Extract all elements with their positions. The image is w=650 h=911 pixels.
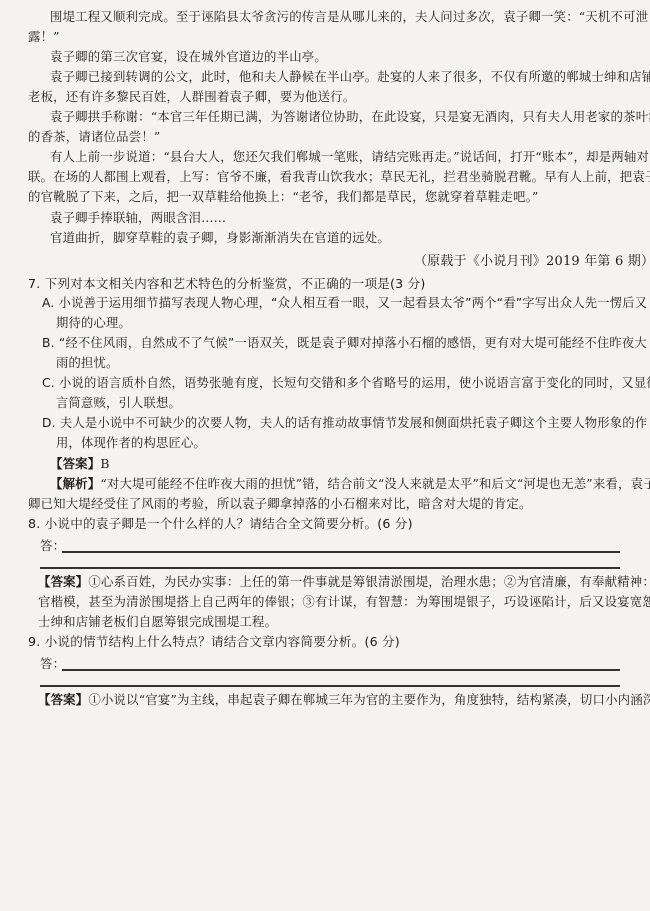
story-paragraph: 袁子卿拱手称谢：“本官三年任期已满，为答谢诸位协助，在此设宴，只是宴无酒肉，只有…	[50, 108, 650, 125]
answer-label: 【答案】	[38, 692, 88, 707]
q9-answer-line[interactable]	[62, 669, 620, 671]
divider	[40, 685, 620, 687]
divider	[40, 567, 620, 569]
q7-analysis-cont: 卿已知大堤经受住了风雨的考验，所以袁子卿拿掉落的小石榴来对比，暗含对大堤的肯定。	[28, 495, 532, 512]
analysis-text: “对大堤可能经不住昨夜大雨的担忧”错，结合前文“没人来就是太平”和后文“河堤也无…	[100, 476, 650, 491]
q7-option-c-cont: 言简意赅，引人联想。	[56, 395, 181, 412]
answer-text: ①心系百姓，为民办实事：上任的第一件事就是筹银清淤围堤，治理水患；②为官清廉，有…	[88, 574, 650, 589]
q8-answer-cont: 官楷模，甚至为清淤围堤搭上自己两年的俸银；③有计谋，有智慧：为筹围堤银子，巧设诬…	[38, 593, 650, 610]
q9-answer: 【答案】①小说以“官宴”为主线，串起袁子卿在郸城三年为官的主要作为，角度独特，结…	[38, 691, 650, 708]
question-8-stem: 8. 小说中的袁子卿是一个什么样的人？请结合全文简要分析。(6 分)	[28, 515, 413, 532]
story-paragraph: 官道曲折，脚穿草鞋的袁子卿，身影渐渐消失在官道的远处。	[50, 229, 390, 246]
story-paragraph: 袁子卿的第三次官宴，设在城外官道边的半山亭。	[50, 48, 327, 65]
story-paragraph: 围堤工程又顺利完成。至于诬陷县太爷贪污的传言是从哪儿来的，夫人问过多次，袁子卿一…	[50, 8, 648, 25]
exam-page: 围堤工程又顺利完成。至于诬陷县太爷贪污的传言是从哪儿来的，夫人问过多次，袁子卿一…	[0, 0, 650, 911]
story-source: （原载于《小说月刊》2019 年第 6 期）	[414, 253, 650, 270]
story-paragraph: 袁子卿手捧联轴，两眼含泪……	[50, 209, 226, 226]
q8-answer-cont: 士绅和店铺老板们自愿筹银完成围堤工程。	[38, 613, 277, 630]
story-paragraph: 有人上前一步说道：“县台大人，您还欠我们郸城一笔账，请结完账再走。”说话间，打开…	[50, 148, 649, 165]
story-paragraph: 老板，还有许多黎民百姓，人群围着袁子卿，要为他送行。	[28, 88, 355, 105]
story-paragraph: 露！”	[28, 28, 60, 45]
story-paragraph: 联。在场的人都围上观看，上写：官爷不廉，看我青山饮我水；草民无礼，拦君坐骑脱君靴…	[28, 168, 650, 185]
story-paragraph: 袁子卿已接到转调的公文，此时，他和夫人静候在半山亭。赴宴的人来了很多，不仅有所邀…	[50, 68, 650, 85]
answer-label: 【答案】	[50, 456, 100, 471]
q7-answer: 【答案】B	[50, 455, 110, 472]
analysis-label: 【解析】	[50, 476, 100, 491]
q7-option-a-cont: 期待的心理。	[56, 315, 131, 332]
answer-value: B	[100, 456, 109, 471]
q8-answer: 【答案】①心系百姓，为民办实事：上任的第一件事就是筹银清淤围堤，治理水患；②为官…	[38, 573, 650, 590]
answer-label: 【答案】	[38, 574, 88, 589]
q7-option-b: B. “经不住风雨，自然成不了气候”一语双关，既是袁子卿对掉落小石榴的感悟，更有…	[42, 335, 647, 352]
q7-analysis: 【解析】“对大堤可能经不住昨夜大雨的担忧”错，结合前文“没人来就是太平”和后文“…	[50, 475, 650, 492]
story-paragraph: 的官靴脱了下来，之后，把一双草鞋给他换上：“老爷，我们都是草民，您就穿着草鞋走吧…	[28, 188, 539, 205]
q8-answer-line[interactable]	[62, 551, 620, 553]
answer-text: ①小说以“官宴”为主线，串起袁子卿在郸城三年为官的主要作为，角度独特，结构紧凑，…	[88, 692, 650, 707]
q7-option-c: C. 小说的语言质朴自然，语势张驰有度，长短句交错和多个省略号的运用，使小说语言…	[42, 375, 650, 392]
story-paragraph: 的香茶，请诸位品尝！”	[28, 128, 160, 145]
q7-option-b-cont: 雨的担忧。	[56, 355, 119, 372]
question-9-stem: 9. 小说的情节结构上什么特点？请结合文章内容简要分析。(6 分)	[28, 633, 400, 650]
q7-option-d-cont: 用，体现作者的构思匠心。	[56, 435, 206, 452]
q7-option-a: A. 小说善于运用细节描写表现人物心理，“众人相互看一眼，又一起看县太爷”两个“…	[42, 295, 647, 312]
question-7-stem: 7. 下列对本文相关内容和艺术特色的分析鉴赏，不正确的一项是(3 分)	[28, 275, 426, 292]
q7-option-d: D. 夫人是小说中不可缺少的次要人物，夫人的话有推动故事情节发展和侧面烘托袁子卿…	[42, 415, 647, 432]
